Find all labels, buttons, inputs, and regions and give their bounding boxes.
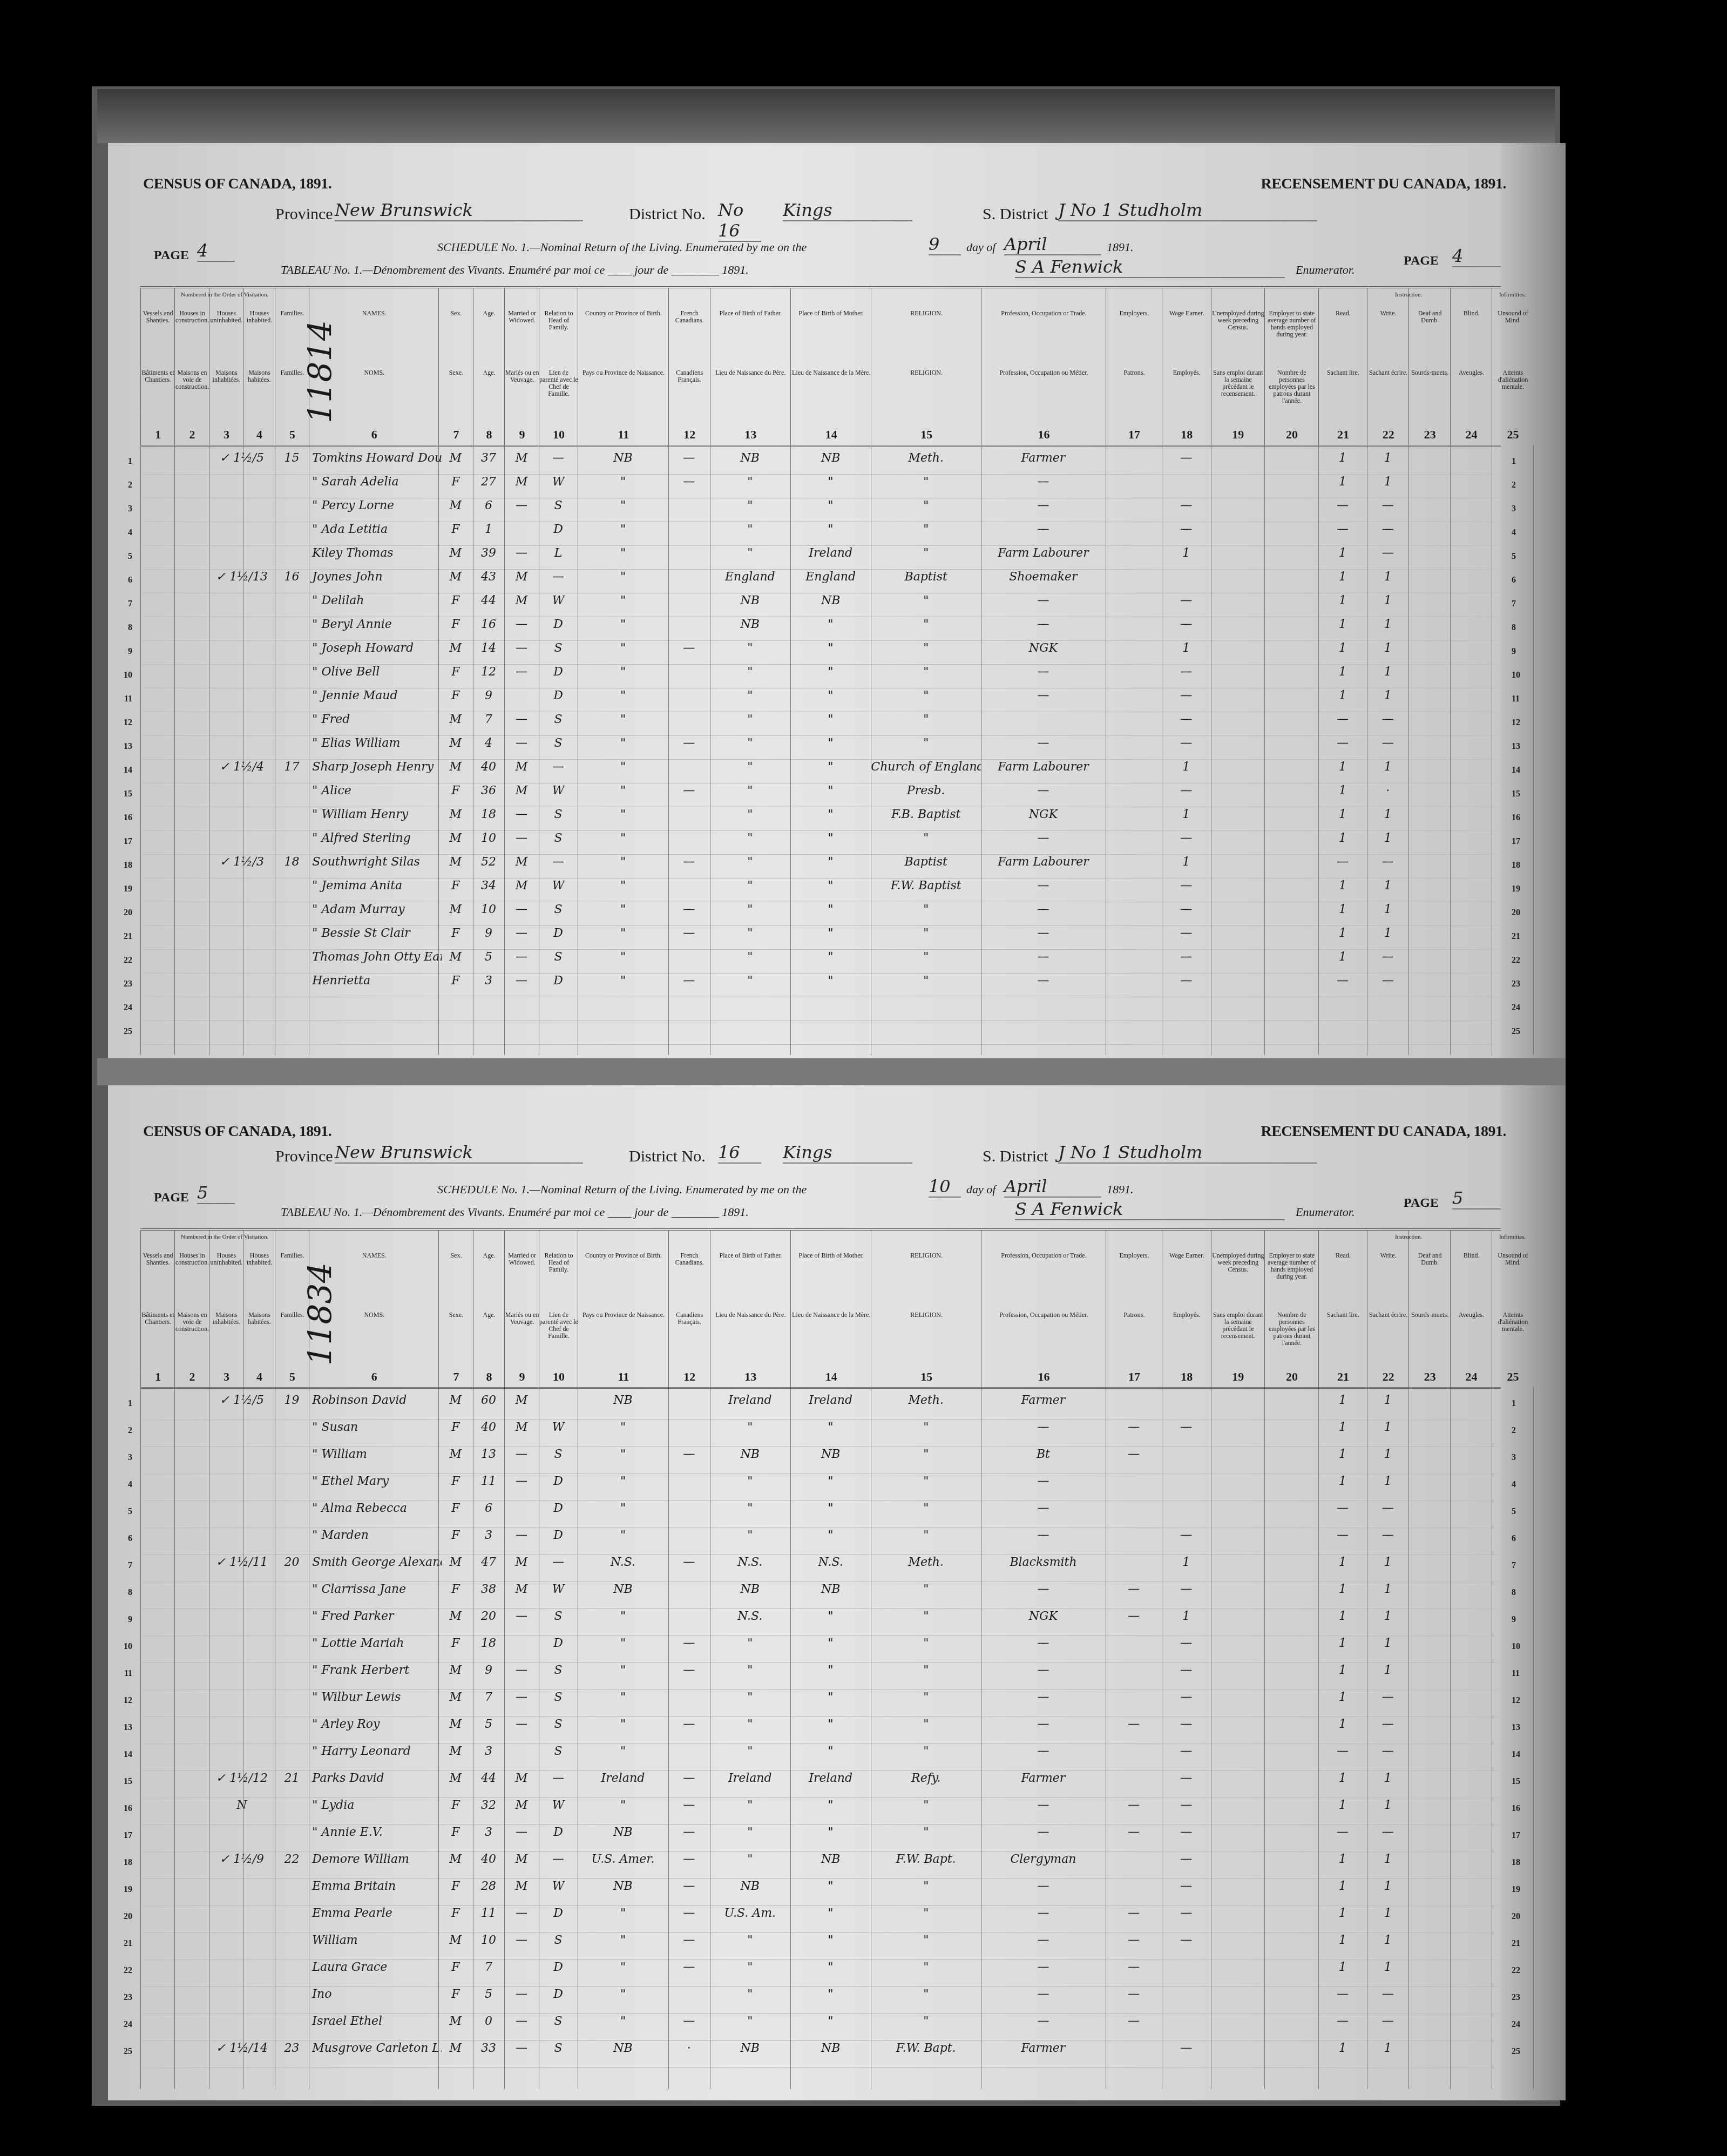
cell-occ: NGK xyxy=(981,641,1106,655)
cell-mar: — xyxy=(504,927,538,940)
cell-rel: S xyxy=(539,1448,578,1461)
census-title-en: CENSUS OF CANADA, 1891. xyxy=(143,1123,331,1140)
cell-rel: W xyxy=(539,784,578,797)
table-row: 77✓ 1½/1120Smith George AlexanderM47M—N.… xyxy=(140,1555,1501,1582)
cell-w: — xyxy=(1367,1826,1408,1839)
cell-sex: F xyxy=(438,1583,472,1596)
cell-sex: M xyxy=(438,1664,472,1677)
cell-rel15: " xyxy=(871,546,981,560)
cell-occ: — xyxy=(981,1880,1106,1893)
cell-birth: " xyxy=(578,689,668,702)
day-of-label: day of xyxy=(966,240,995,254)
column-number: 5 xyxy=(275,428,309,442)
column-label-fr: Patrons. xyxy=(1106,369,1162,376)
cell-wage: — xyxy=(1162,523,1211,536)
column-number: 9 xyxy=(505,1370,539,1384)
cell-w: · xyxy=(1367,784,1408,797)
cell-age: 5 xyxy=(473,950,505,964)
table-row: 2424 xyxy=(140,997,1501,1021)
cell-rel15: Meth. xyxy=(871,451,981,465)
table-row: 2222Thomas John Otty EarleM5—S""""——1— xyxy=(140,949,1501,974)
column-label-en: Relation to Head of Family. xyxy=(539,310,578,331)
cell-mar: M xyxy=(504,594,538,607)
cell-mar: — xyxy=(504,1718,538,1731)
cell-f: 19 xyxy=(275,1394,309,1407)
day-of-label: day of xyxy=(966,1182,995,1197)
column-number: 11 xyxy=(578,428,668,442)
column-number: 6 xyxy=(309,1370,439,1384)
province-label: Province xyxy=(275,205,333,224)
cell-rel: S xyxy=(539,950,578,964)
cell-r: — xyxy=(1318,523,1367,536)
cell-sex: M xyxy=(438,1556,472,1569)
column-label-en: Write. xyxy=(1367,310,1409,317)
cell-rel15: " xyxy=(871,665,981,679)
cell-occ: Clergyman xyxy=(981,1853,1106,1866)
column-label-en: NAMES. xyxy=(309,310,439,317)
column-rule xyxy=(174,445,175,1055)
cell-rel15: " xyxy=(871,618,981,631)
cell-occ: Farmer xyxy=(981,451,1106,465)
column-number: 21 xyxy=(1319,428,1368,442)
cell-rel15: F.W. Bapt. xyxy=(871,1853,981,1866)
row-number-left: 23 xyxy=(116,1993,132,2003)
cell-rel: D xyxy=(539,618,578,631)
column-number: 15 xyxy=(871,428,981,442)
cell-birth: NB xyxy=(578,2042,668,2055)
row-number-right: 15 xyxy=(1512,1777,1528,1787)
cell-rel15: " xyxy=(871,523,981,536)
district-name: Kings xyxy=(783,1142,912,1164)
row-number-left: 25 xyxy=(116,2047,132,2057)
row-number-right: 6 xyxy=(1512,576,1528,585)
column-label-fr: Employés. xyxy=(1162,1312,1211,1319)
cell-rel15: " xyxy=(871,1907,981,1920)
cell-name: " Lottie Mariah xyxy=(309,1637,442,1650)
cell-mo: N.S. xyxy=(790,1556,871,1569)
cell-fa: " xyxy=(710,1421,790,1434)
cell-fr: — xyxy=(668,1826,710,1839)
cell-occ: Farm Labourer xyxy=(981,855,1106,869)
cell-r: 1 xyxy=(1318,1961,1367,1974)
cell-mar: M xyxy=(504,879,538,893)
cell-rel15: " xyxy=(871,1448,981,1461)
column-number: 17 xyxy=(1106,428,1162,442)
row-number-left: 12 xyxy=(116,718,132,728)
cell-rel: S xyxy=(539,499,578,512)
cell-r: 1 xyxy=(1318,1421,1367,1434)
column-label-fr: Lieu de Naissance du Père. xyxy=(710,369,791,376)
column-header-4: Houses inhabited. Maisons habitées. 4 xyxy=(243,1231,275,1387)
cell-age: 44 xyxy=(473,594,505,607)
cell-rel: W xyxy=(539,1583,578,1596)
row-number-right: 12 xyxy=(1512,718,1528,728)
column-label-en: RELIGION. xyxy=(871,1252,981,1259)
cell-birth: NB xyxy=(578,451,668,465)
column-rule xyxy=(1211,1387,1211,2089)
cell-rel: — xyxy=(539,570,578,584)
table-row: 1111" Jennie MaudF9D""""——11 xyxy=(140,688,1501,712)
column-number: 24 xyxy=(1451,428,1492,442)
table-row: 1212" Wilbur LewisM7—S""""——1— xyxy=(140,1689,1501,1717)
column-number: 8 xyxy=(473,1370,505,1384)
cell-birth: " xyxy=(578,1664,668,1677)
column-label-en: Vessels and Shanties. xyxy=(141,1252,175,1266)
cell-age: 3 xyxy=(473,1745,505,1758)
cell-sex: F xyxy=(438,1961,472,1974)
cell-h: ✓ 1½/11 xyxy=(209,1556,275,1569)
cell-occ: — xyxy=(981,1421,1106,1434)
cell-age: 33 xyxy=(473,2042,505,2055)
cell-w: 1 xyxy=(1367,1880,1408,1893)
cell-wage: — xyxy=(1162,784,1211,797)
cell-r: 1 xyxy=(1318,879,1367,893)
cell-sex: F xyxy=(438,974,472,988)
cell-mo: " xyxy=(790,1637,871,1650)
cell-rel15: " xyxy=(871,1718,981,1731)
cell-age: 7 xyxy=(473,713,505,726)
column-header-9: Married or Widowed. Mariés ou en Veuvage… xyxy=(504,288,539,445)
census-table: Vessels and Shanties. Bâtiments et Chant… xyxy=(140,1228,1501,2089)
cell-sex: F xyxy=(438,1907,472,1920)
table-row: 2020Emma PearleF11—D"—U.S. Am.""———11 xyxy=(140,1905,1501,1933)
cell-w: — xyxy=(1367,855,1408,869)
column-label-en: Profession, Occupation or Trade. xyxy=(981,1252,1106,1259)
column-rule xyxy=(504,445,505,1055)
cell-name: Kiley Thomas xyxy=(309,546,442,560)
cell-fa: NB xyxy=(710,2042,790,2055)
table-row: 1717" Alfred SterlingM10—S""""——11 xyxy=(140,830,1501,855)
cell-rel: D xyxy=(539,1637,578,1650)
column-rule xyxy=(1106,445,1106,1055)
column-header-7: Sex. Sexe. 7 xyxy=(438,1231,473,1387)
cell-r: — xyxy=(1318,974,1367,988)
row-number-left: 4 xyxy=(116,528,132,538)
cell-birth: " xyxy=(578,665,668,679)
cell-fa: " xyxy=(710,1745,790,1758)
cell-name: " Wilbur Lewis xyxy=(309,1691,442,1704)
cell-f: 20 xyxy=(275,1556,309,1569)
cell-name: " Alfred Sterling xyxy=(309,832,442,845)
column-label-fr: Lieu de Naissance de la Mère. xyxy=(791,1312,871,1319)
cell-w: — xyxy=(1367,546,1408,560)
column-label-en: Write. xyxy=(1367,1252,1409,1259)
cell-w: 1 xyxy=(1367,927,1408,940)
cell-rel15: " xyxy=(871,950,981,964)
province-label: Province xyxy=(275,1147,333,1166)
enumerator-label: Enumerator. xyxy=(1296,1205,1354,1219)
cell-wage: — xyxy=(1162,1880,1211,1893)
cell-w: 1 xyxy=(1367,570,1408,584)
cell-r: 1 xyxy=(1318,641,1367,655)
row-number-right: 10 xyxy=(1512,1642,1528,1652)
cell-r: 1 xyxy=(1318,1691,1367,1704)
cell-w: 1 xyxy=(1367,1907,1408,1920)
row-number-right: 2 xyxy=(1512,481,1528,490)
column-label-fr: Employés. xyxy=(1162,369,1211,376)
cell-mar: — xyxy=(504,1664,538,1677)
column-label-en: Families. xyxy=(275,1252,309,1259)
row-number-left: 22 xyxy=(116,1966,132,1976)
column-label-en: Houses inhabited. xyxy=(243,310,275,324)
cell-occ: Farm Labourer xyxy=(981,760,1106,774)
cell-fa: " xyxy=(710,1853,790,1866)
column-rule xyxy=(539,1387,539,2089)
cell-r: 1 xyxy=(1318,1772,1367,1785)
cell-occ: — xyxy=(981,784,1106,797)
cell-rel15: F.W. Baptist xyxy=(871,879,981,893)
cell-r: — xyxy=(1318,499,1367,512)
cell-rel15: " xyxy=(871,641,981,655)
cell-age: 52 xyxy=(473,855,505,869)
cell-w: — xyxy=(1367,1502,1408,1515)
row-number-left: 2 xyxy=(116,1426,132,1436)
cell-fr: — xyxy=(668,1772,710,1785)
cell-age: 12 xyxy=(473,665,505,679)
row-number-left: 18 xyxy=(116,1858,132,1868)
cell-wage: 1 xyxy=(1162,1556,1211,1569)
row-number-right: 4 xyxy=(1512,1480,1528,1490)
enumerator-label: Enumerator. xyxy=(1296,263,1354,277)
column-rule xyxy=(473,445,473,1055)
column-number: 23 xyxy=(1409,1370,1451,1384)
cell-r: 1 xyxy=(1318,1934,1367,1947)
column-label-fr: Maisons inhabitées. xyxy=(209,1312,243,1326)
cell-emp: — xyxy=(1106,2015,1162,2028)
cell-emp: — xyxy=(1106,1934,1162,1947)
column-label-fr: Nombre de personnes employées par les pa… xyxy=(1265,369,1319,404)
cell-r: 1 xyxy=(1318,927,1367,940)
column-label-fr: Patrons. xyxy=(1106,1312,1162,1319)
cell-sex: F xyxy=(438,523,472,536)
cell-name: Henrietta xyxy=(309,974,442,988)
cell-wage: — xyxy=(1162,1691,1211,1704)
cell-w: — xyxy=(1367,499,1408,512)
column-label-fr: Maisons inhabitées. xyxy=(209,369,243,383)
cell-mo: " xyxy=(790,903,871,916)
column-rule xyxy=(871,1387,871,2089)
cell-sex: F xyxy=(438,1988,472,2001)
cell-wage: 1 xyxy=(1162,808,1211,821)
cell-occ: — xyxy=(981,475,1106,489)
cell-mar: — xyxy=(504,2042,538,2055)
cell-name: Sharp Joseph Henry xyxy=(309,760,442,774)
column-header-16: Profession, Occupation or Trade. Profess… xyxy=(981,1231,1106,1387)
cell-wage: — xyxy=(1162,832,1211,845)
cell-fa: " xyxy=(710,499,790,512)
cell-age: 47 xyxy=(473,1556,505,1569)
cell-fa: " xyxy=(710,1502,790,1515)
column-rule xyxy=(539,445,539,1055)
cell-age: 40 xyxy=(473,760,505,774)
cell-mo: NB xyxy=(790,594,871,607)
row-number-left: 3 xyxy=(116,504,132,514)
row-number-right: 20 xyxy=(1512,908,1528,918)
cell-w: 1 xyxy=(1367,1799,1408,1812)
cell-fr: — xyxy=(668,1961,710,1974)
cell-rel15: " xyxy=(871,499,981,512)
cell-name: Southwright Silas xyxy=(309,855,442,869)
cell-fr: — xyxy=(668,641,710,655)
row-number-left: 19 xyxy=(116,1885,132,1895)
row-number-right: 23 xyxy=(1512,979,1528,989)
census-title-en: CENSUS OF CANADA, 1891. xyxy=(143,175,331,193)
cell-mo: Ireland xyxy=(790,1394,871,1407)
visitation-group-header: Numbered in the Order of Visitation. xyxy=(140,292,309,299)
row-number-right: 8 xyxy=(1512,623,1528,633)
cell-fa: " xyxy=(710,1475,790,1488)
table-row: 1313" Elias WilliamM4—S"—"""———— xyxy=(140,735,1501,760)
cell-occ: Shoemaker xyxy=(981,570,1106,584)
column-header-2: Houses in construction. Maisons en voie … xyxy=(174,1231,209,1387)
cell-r: 1 xyxy=(1318,1718,1367,1731)
cell-fr: — xyxy=(668,1853,710,1866)
cell-wage: — xyxy=(1162,1826,1211,1839)
tableau-title: TABLEAU No. 1.—Dénombrement des Vivants.… xyxy=(281,1205,749,1219)
cell-name: " Harry Leonard xyxy=(309,1745,442,1758)
cell-age: 11 xyxy=(473,1475,505,1488)
cell-rel: S xyxy=(539,1664,578,1677)
row-number-left: 19 xyxy=(116,884,132,894)
row-number-right: 9 xyxy=(1512,647,1528,657)
cell-rel15: F.B. Baptist xyxy=(871,808,981,821)
column-label-fr: Profession, Occupation ou Métier. xyxy=(981,1312,1106,1319)
cell-age: 11 xyxy=(473,1907,505,1920)
cell-w: 1 xyxy=(1367,903,1408,916)
cell-fr: · xyxy=(668,2042,710,2055)
row-number-right: 12 xyxy=(1512,1696,1528,1706)
cell-age: 32 xyxy=(473,1799,505,1812)
cell-r: 1 xyxy=(1318,1610,1367,1623)
column-label-fr: Lieu de Naissance du Père. xyxy=(710,1312,791,1319)
cell-occ: Bt xyxy=(981,1448,1106,1461)
cell-emp: — xyxy=(1106,1988,1162,2001)
cell-birth: " xyxy=(578,499,668,512)
table-row: 1313" Arley RoyM5—S"—"""———1— xyxy=(140,1716,1501,1744)
cell-occ: — xyxy=(981,1934,1106,1947)
row-number-left: 11 xyxy=(116,1669,132,1679)
cell-name: Ino xyxy=(309,1988,442,2001)
microfilm-stamp-number: 11814 xyxy=(302,320,340,423)
cell-sex: M xyxy=(438,1934,472,1947)
column-label-fr: Sachant lire. xyxy=(1319,1312,1368,1319)
cell-mo: " xyxy=(790,641,871,655)
column-label-en: Houses in construction. xyxy=(175,1252,209,1266)
cell-wage: — xyxy=(1162,451,1211,465)
cell-mar: — xyxy=(504,1691,538,1704)
table-row: 2525 xyxy=(140,1020,1501,1045)
column-label-en: Families. xyxy=(275,310,309,317)
column-header-7: Sex. Sexe. 7 xyxy=(438,288,473,445)
column-number: 20 xyxy=(1265,428,1319,442)
row-number-left: 3 xyxy=(116,1453,132,1463)
cell-wage: — xyxy=(1162,1637,1211,1650)
cell-name: " Elias William xyxy=(309,736,442,750)
table-row: 88" Clarrissa JaneF38MWNBNBNB"———11 xyxy=(140,1581,1501,1609)
cell-sex: M xyxy=(438,1853,472,1866)
cell-fr: — xyxy=(668,475,710,489)
enumeration-year: 1891. xyxy=(1107,1182,1134,1197)
cell-rel: S xyxy=(539,1610,578,1623)
cell-rel15: " xyxy=(871,713,981,726)
cell-occ: Farmer xyxy=(981,2042,1106,2055)
column-header-3: Houses uninhabited. Maisons inhabitées. … xyxy=(209,1231,243,1387)
cell-w: 1 xyxy=(1367,808,1408,821)
cell-age: 34 xyxy=(473,879,505,893)
row-number-left: 14 xyxy=(116,1750,132,1760)
cell-mar: — xyxy=(504,641,538,655)
table-row: 1616N" LydiaF32MW"—"""———11 xyxy=(140,1797,1501,1825)
cell-name: " Arley Roy xyxy=(309,1718,442,1731)
cell-name: " Clarrissa Jane xyxy=(309,1583,442,1596)
cell-occ: — xyxy=(981,1475,1106,1488)
column-number: 20 xyxy=(1265,1370,1319,1384)
row-number-right: 20 xyxy=(1512,1912,1528,1922)
column-label-en: Profession, Occupation or Trade. xyxy=(981,310,1106,317)
cell-rel: S xyxy=(539,832,578,845)
cell-wage: 1 xyxy=(1162,855,1211,869)
cell-sex: M xyxy=(438,736,472,750)
cell-mar: — xyxy=(504,808,538,821)
cell-sex: F xyxy=(438,1421,472,1434)
column-rule xyxy=(473,1387,473,2089)
cell-h: ✓ 1½/14 xyxy=(209,2042,275,2055)
cell-birth: " xyxy=(578,736,668,750)
cell-mo: " xyxy=(790,1961,871,1974)
column-label-fr: Sexe. xyxy=(439,1312,473,1319)
column-number: 7 xyxy=(439,428,473,442)
cell-mar: — xyxy=(504,665,538,679)
cell-mo: " xyxy=(790,879,871,893)
cell-r: 1 xyxy=(1318,832,1367,845)
column-label-en: Unemployed during week preceding Census. xyxy=(1211,1252,1265,1273)
column-rule xyxy=(578,445,578,1055)
cell-birth: " xyxy=(578,1745,668,1758)
column-label-en: Age. xyxy=(473,310,505,317)
cell-sex: M xyxy=(438,808,472,821)
cell-emp: — xyxy=(1106,1448,1162,1461)
cell-fa: NB xyxy=(710,594,790,607)
cell-w: 1 xyxy=(1367,451,1408,465)
cell-fr: — xyxy=(668,784,710,797)
cell-f: 15 xyxy=(275,451,309,465)
page-label-left: PAGE xyxy=(154,248,189,263)
cell-w: 1 xyxy=(1367,475,1408,489)
cell-age: 13 xyxy=(473,1448,505,1461)
column-label-en: Deaf and Dumb. xyxy=(1409,310,1451,324)
instruction-group-header: Instruction. xyxy=(1367,292,1450,299)
column-label-fr: RELIGION. xyxy=(871,1312,981,1319)
cell-r: 1 xyxy=(1318,2042,1367,2055)
instruction-group-header: Instruction. xyxy=(1367,1234,1450,1241)
cell-occ: — xyxy=(981,1637,1106,1650)
cell-mo: " xyxy=(790,736,871,750)
row-number-right: 23 xyxy=(1512,1993,1528,2003)
cell-mo: " xyxy=(790,1529,871,1542)
cell-rel: W xyxy=(539,1421,578,1434)
column-label-en: Place of Birth of Father. xyxy=(710,1252,791,1259)
cell-fa: " xyxy=(710,1988,790,2001)
column-number: 22 xyxy=(1367,428,1409,442)
column-label-fr: Sans emploi durant la semaine précédant … xyxy=(1211,369,1265,397)
cell-rel: — xyxy=(539,1853,578,1866)
cell-mar: — xyxy=(504,1988,538,2001)
cell-birth: " xyxy=(578,1475,668,1488)
cell-mar: — xyxy=(504,1826,538,1839)
table-row: 11✓ 1½/519Robinson DavidM60MNBIrelandIre… xyxy=(140,1393,1501,1420)
row-number-right: 25 xyxy=(1512,2047,1528,2057)
row-number-right: 1 xyxy=(1512,457,1528,467)
